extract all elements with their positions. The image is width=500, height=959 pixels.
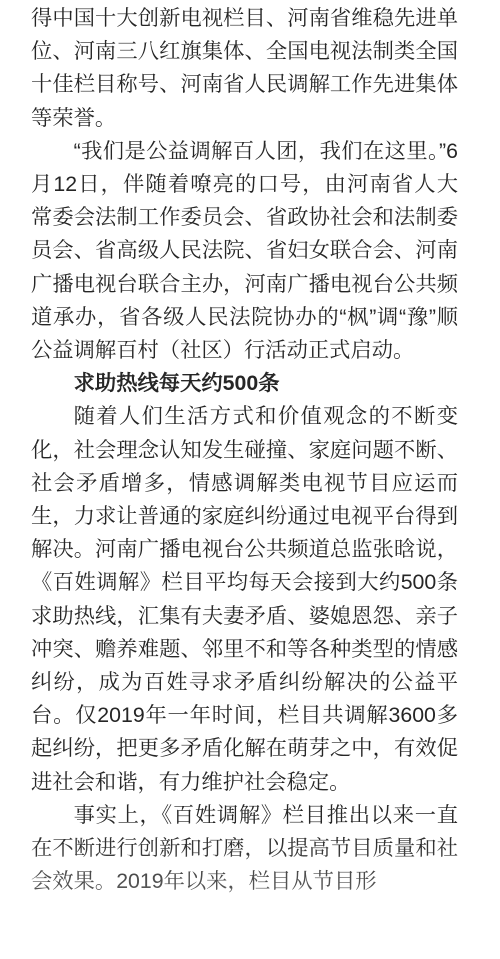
article-paragraph: “我们是公益调解百人团，我们在这里。”6月12日，伴随着嘹亮的口号，由河南省人大… <box>31 135 458 367</box>
article-paragraph-truncated: 事实上，《百姓调解》栏目推出以来一直在不断进行创新和打磨，以提高节目质量和社会效… <box>31 799 458 899</box>
article-paragraph: 得中国十大创新电视栏目、河南省维稳先进单位、河南三八红旗集体、全国电视法制类全国… <box>31 2 458 135</box>
article-paragraph: 随着人们生活方式和价值观念的不断变化，社会理念认知发生碰撞、家庭问题不断、社会矛… <box>31 400 458 798</box>
article-body: 得中国十大创新电视栏目、河南省维稳先进单位、河南三八红旗集体、全国电视法制类全国… <box>0 0 500 898</box>
section-heading: 求助热线每天约500条 <box>31 367 458 400</box>
